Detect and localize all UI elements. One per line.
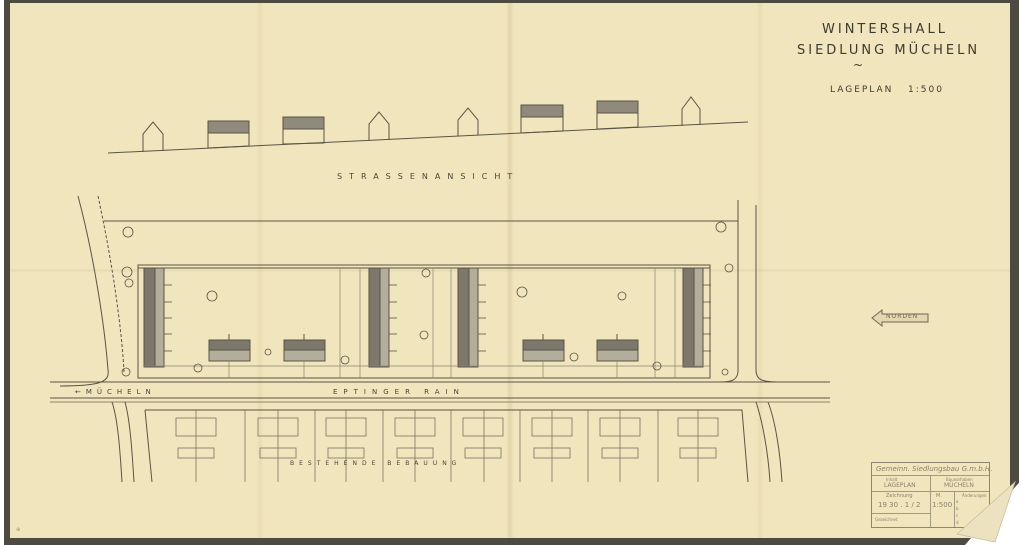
double-house-2 [284,334,325,361]
tb-drawn-by-label: Gezeichnet [875,517,898,522]
tb-scale-label: M. [936,493,942,499]
title-block-header: Gemeinn. Siedlungsbau G.m.b.H. [876,465,992,473]
plan-scale: 1:500 [908,85,944,95]
title-block-divider [872,513,930,514]
label-street-elevation: STRASSENANSICHT [337,172,519,181]
elevation-block-house-1 [208,121,249,148]
road-left-curve-outer [60,196,108,386]
existing-buildings [176,418,718,458]
elevation-block-house-3 [521,105,563,133]
elevation-gable-house-4 [682,97,700,126]
elevation-block-house-4 [597,101,638,129]
tb-scale-value: 1:500 [932,501,952,509]
title-line-2: SIEDLUNG MÜCHELN [797,43,980,58]
road-right-curve [756,205,830,382]
title-separator: ~ [853,58,866,72]
tb-content-value: LAGEPLAN [884,482,916,489]
elevation-gable-house-2 [369,112,389,141]
existing-block-outline [145,410,748,482]
plan-type-and-scale: LAGEPLAN 1:500 [830,85,944,95]
tb-vdivider [930,475,931,491]
site-plan-drawing [0,0,1023,545]
road-left-curve-inner [98,196,124,372]
elevation-block-house-2 [283,117,324,144]
elevation-ground-line [108,122,748,153]
corner-stamp: ⊕ [16,527,20,533]
elevation-gable-house-3 [458,108,478,136]
existing-parcels [196,410,698,482]
page-curl [955,478,1023,545]
double-house-4 [597,334,638,361]
double-house-1 [209,334,250,361]
row-house-4 [683,268,703,367]
tb-drawing-value: 19 30 . 1 / 2 [878,501,920,509]
row-house-3 [458,268,478,367]
title-line-1: WINTERSHALL [822,22,948,37]
tb-vdivider [930,491,931,527]
label-street-name: EPTINGER RAIN [333,388,465,396]
label-direction-muecheln: ←MÜCHELN [75,388,156,396]
double-house-3 [523,334,564,361]
label-existing-buildings: BESTEHENDE BEBAUUNG [290,460,461,467]
tb-drawing-label: Zeichnung [886,493,913,499]
north-arrow-label: NORDEN [886,313,918,320]
elevation-gable-house-1 [143,122,163,152]
plan-type: LAGEPLAN [830,85,893,95]
row-house-1 [144,268,164,367]
row-house-2 [369,268,389,367]
